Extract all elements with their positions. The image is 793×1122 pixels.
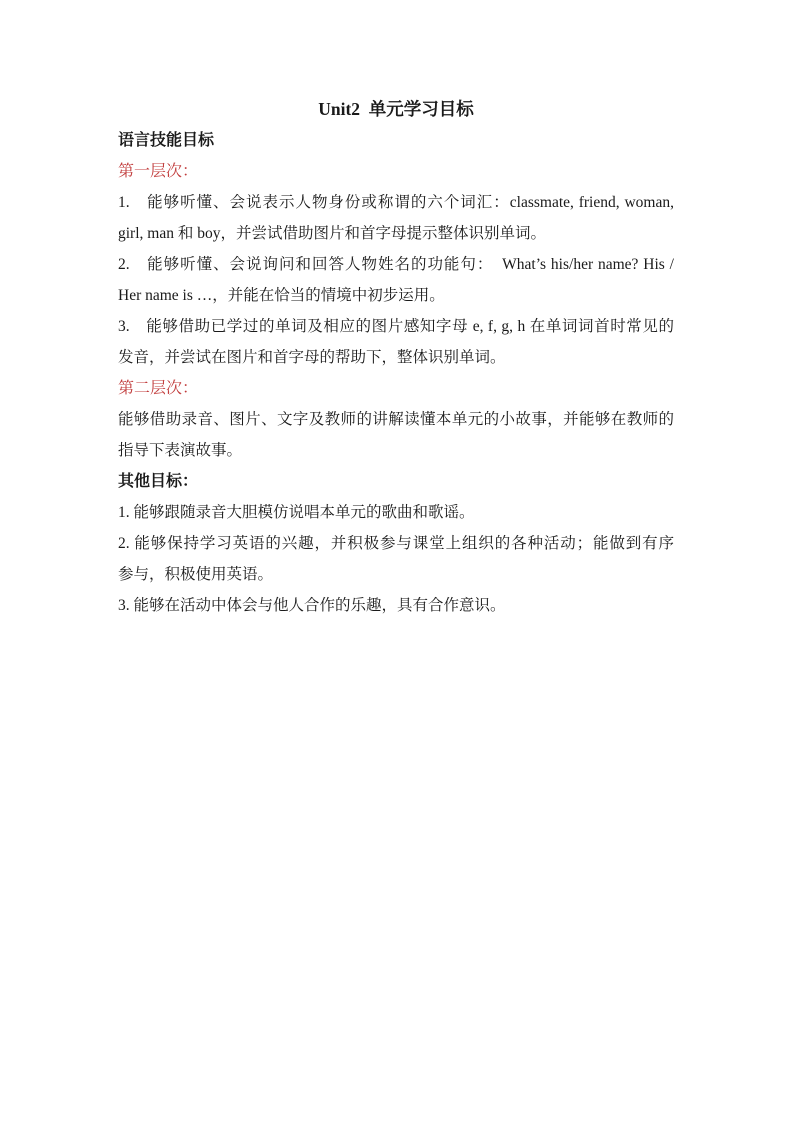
level1-item3-line1: 3. 能够借助已学过的单词及相应的图片感知字母 e, f, g, h 在单词词首… (118, 311, 674, 342)
level1-item3-line2: 发音，并尝试在图片和首字母的帮助下，整体识别单词。 (118, 342, 674, 373)
level1-heading: 第一层次： (118, 156, 674, 187)
level1-item2-line1: 2. 能够听懂、会说询问和回答人物姓名的功能句： What’s his/her … (118, 249, 674, 280)
document-title: Unit2 单元学习目标 (118, 94, 674, 125)
level2-paragraph-line2: 指导下表演故事。 (118, 435, 674, 466)
document-page: Unit2 单元学习目标 语言技能目标 第一层次： 1. 能够听懂、会说表示人物… (0, 0, 793, 1122)
other-item1: 1. 能够跟随录音大胆模仿说唱本单元的歌曲和歌谣。 (118, 497, 674, 528)
level2-heading: 第二层次： (118, 373, 674, 404)
other-item2-line2: 参与，积极使用英语。 (118, 559, 674, 590)
level1-item1-line2: girl, man 和 boy，并尝试借助图片和首字母提示整体识别单词。 (118, 218, 674, 249)
other-item3: 3. 能够在活动中体会与他人合作的乐趣，具有合作意识。 (118, 590, 674, 621)
level1-item2-line2: Her name is …，并能在恰当的情境中初步运用。 (118, 280, 674, 311)
other-goals-heading: 其他目标： (118, 466, 674, 497)
other-item2-line1: 2. 能够保持学习英语的兴趣，并积极参与课堂上组织的各种活动；能做到有序 (118, 528, 674, 559)
level1-item1-line1: 1. 能够听懂、会说表示人物身份或称谓的六个词汇：classmate, frie… (118, 187, 674, 218)
level2-paragraph-line1: 能够借助录音、图片、文字及教师的讲解读懂本单元的小故事，并能够在教师的 (118, 404, 674, 435)
skills-goal-heading: 语言技能目标 (118, 125, 674, 156)
